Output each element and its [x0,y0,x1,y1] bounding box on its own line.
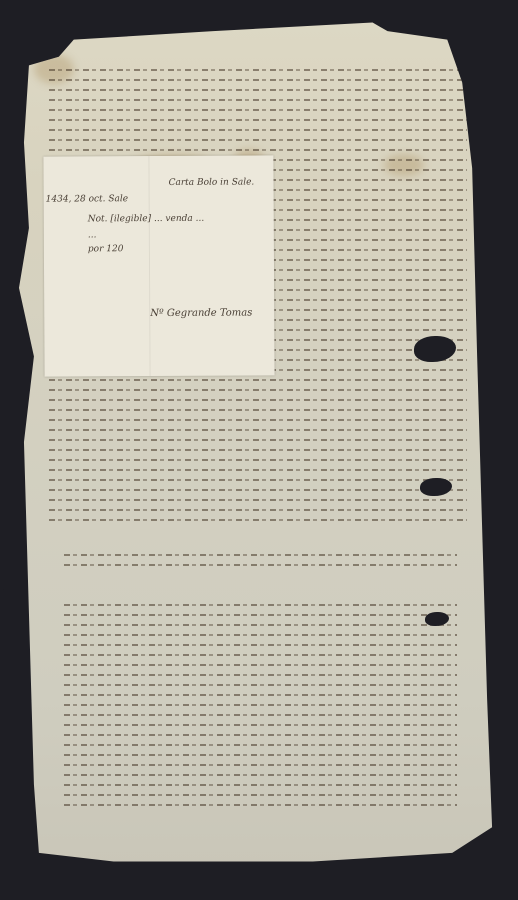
note-line-1: Carta Bolo in Sale. [169,177,255,187]
note-signature: Nº Gegrande Tomas [150,308,252,320]
note-line-3: Not. [ilegible] ... venda ... [88,214,204,225]
parchment-document [14,14,512,870]
subscription-1-block [64,554,457,574]
subscription-2-block [64,794,457,814]
note-line-5: por 120 [88,244,124,254]
note-fold [148,156,150,376]
note-line-2: 1434, 28 oct. Sale [46,194,129,204]
second-act-block [64,604,457,794]
parchment-hole [0,105,18,131]
parchment-hole [0,570,14,590]
archival-note-card: Carta Bolo in Sale. 1434, 28 oct. Sale N… [43,155,274,376]
note-line-4: ... [88,230,97,240]
